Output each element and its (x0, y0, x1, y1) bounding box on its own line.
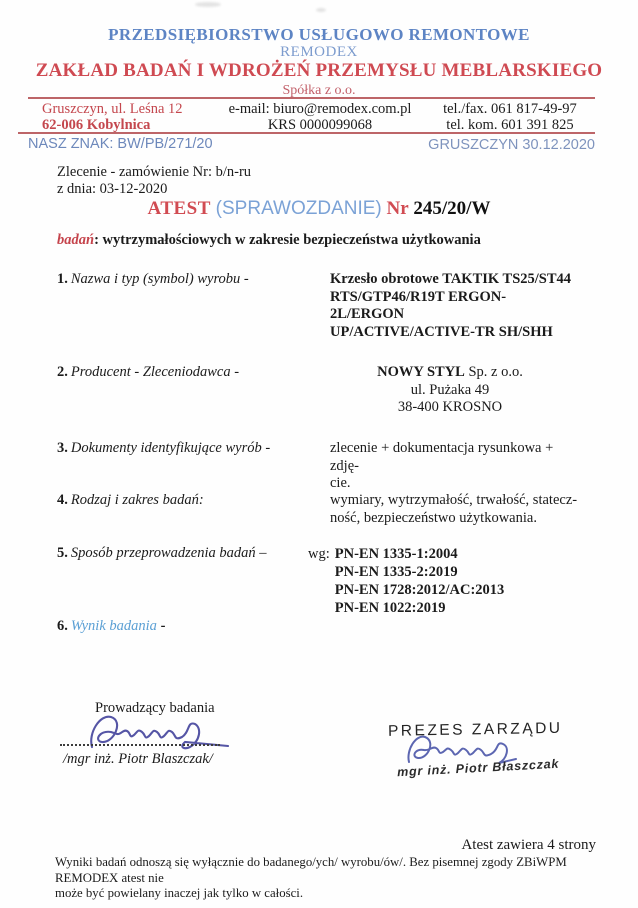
address-street: Gruszczyn, ul. Leśna 12 (42, 101, 215, 117)
producer-street: ul. Pużaka 49 (340, 382, 560, 400)
atest-document-page: PRZEDSIĘBIORSTWO USŁUGOWO REMONTOWE REMO… (0, 0, 638, 908)
standard-line: PN-EN 1335-1:2004 (335, 545, 505, 563)
company-name: PRZEDSIĘBIORSTWO USŁUGOWO REMONTOWE (0, 25, 638, 45)
telfax-number: tel./fax. 061 817-49-97 (425, 101, 595, 117)
subtitle-text: wytrzymałościowych w zakresie bezpieczeń… (103, 232, 481, 248)
section-1-number: 1. (57, 271, 68, 287)
header-rule-bottom (18, 132, 595, 134)
section-1-text: Nazwa i typ (symbol) wyrobu - (71, 271, 249, 287)
pages-count-note: Atest zawiera 4 strony (461, 837, 596, 854)
address-column: Gruszczyn, ul. Leśna 12 62-006 Kobylnica (28, 101, 215, 133)
company-brand: REMODEX (0, 44, 638, 61)
subtitle-colon: : (94, 232, 99, 248)
product-name-line: RTS/GTP46/R19T ERGON-2L/ERGON (330, 289, 580, 324)
producer-city: 38-400 KROSNO (340, 399, 560, 417)
product-name-line: Krzesło obrotowe TAKTIK TS25/ST44 (330, 271, 580, 289)
scan-smudge (316, 8, 326, 12)
email-text: e-mail: biuro@remodex.com.pl (215, 101, 425, 117)
standard-line: PN-EN 1335-2:2019 (335, 563, 505, 581)
section-2-value: NOWY STYL Sp. z o.o. ul. Pużaka 49 38-40… (340, 364, 560, 417)
email-krs-column: e-mail: biuro@remodex.com.pl KRS 0000099… (215, 101, 425, 133)
document-subtitle: badań: wytrzymałościowych w zakresie bez… (57, 232, 481, 249)
producer-legal-form: Sp. z o.o. (465, 364, 523, 380)
disclaimer-line: Wyniki badań odnoszą się wyłącznie do ba… (55, 855, 605, 886)
section-5-text: Sposób przeprowadzenia badań – (71, 545, 267, 561)
standard-line: PN-EN 1022:2019 (335, 599, 505, 617)
section-5-number: 5. (57, 545, 68, 561)
title-number: 245/20/W (413, 198, 490, 219)
section-3-value: zlecenie + dokumentacja rysunkowa + zdję… (330, 440, 585, 493)
section-5-value: wg: PN-EN 1335-1:2004 PN-EN 1335-2:2019 … (308, 545, 504, 617)
title-atest: ATEST (148, 198, 211, 219)
document-title: ATEST (SPRAWOZDANIE) Nr 245/20/W (0, 198, 638, 220)
order-number-line: Zlecenie - zamówienie Nr: b/n-ru (57, 164, 251, 181)
subtitle-badan: badań (57, 232, 94, 248)
section-2-number: 2. (57, 364, 68, 380)
signature-dotted-line (60, 744, 220, 746)
section-3-number: 3. (57, 440, 68, 456)
standards-prefix: wg: (308, 545, 330, 617)
order-date-line: z dnia: 03-12-2020 (57, 181, 251, 198)
section-6-label: 6.Wynik badania - (57, 618, 327, 635)
section-3-label: 3.Dokumenty identyfikujące wyrób - (57, 440, 327, 457)
section-4-label: 4.Rodzaj i zakres badań: (57, 492, 327, 509)
disclaimer-line: może być powielany inaczej jak tylko w c… (55, 886, 605, 902)
section-4-number: 4. (57, 492, 68, 508)
section-4-value: wymiary, wytrzymałość, trwałość, statecz… (330, 492, 585, 527)
section-6-text: Wynik badania (71, 618, 157, 634)
section-1-value: Krzesło obrotowe TAKTIK TS25/ST44 RTS/GT… (330, 271, 580, 341)
contact-block: Gruszczyn, ul. Leśna 12 62-006 Kobylnica… (28, 101, 595, 133)
address-city: 62-006 Kobylnica (42, 117, 215, 133)
title-nr-label: Nr (387, 198, 409, 219)
product-name-line: UP/ACTIVE/ACTIVE-TR SH/SHH (330, 324, 580, 342)
standards-list: PN-EN 1335-1:2004 PN-EN 1335-2:2019 PN-E… (335, 545, 505, 617)
scope-line: ność, bezpieczeństwo użytkowania. (330, 510, 585, 528)
place-and-date: GRUSZCZYN 30.12.2020 (428, 137, 595, 153)
department-name: ZAKŁAD BADAŃ I WDROŻEŃ PRZEMYSŁU MEBLARS… (0, 60, 638, 82)
telkom-number: tel. kom. 601 391 825 (425, 117, 595, 133)
standard-line: PN-EN 1728:2012/AC:2013 (335, 581, 505, 599)
phone-column: tel./fax. 061 817-49-97 tel. kom. 601 39… (425, 101, 595, 133)
examiner-name: /mgr inż. Piotr Blaszczak/ (63, 751, 213, 768)
order-reference: Zlecenie - zamówienie Nr: b/n-ru z dnia:… (57, 164, 251, 198)
header-rule-top (28, 97, 595, 99)
examiner-signature (84, 707, 236, 753)
footer-disclaimer: Wyniki badań odnoszą się wyłącznie do ba… (55, 855, 605, 902)
scan-smudge (195, 2, 221, 7)
section-6-dash: - (161, 618, 166, 634)
section-2-text: Producent - Zleceniodawca - (71, 364, 239, 380)
section-5-label: 5.Sposób przeprowadzenia badań – (57, 545, 327, 562)
reference-number: NASZ ZNAK: BW/PB/271/20 (28, 136, 213, 152)
section-2-label: 2.Producent - Zleceniodawca - (57, 364, 327, 381)
krs-number: KRS 0000099068 (215, 117, 425, 133)
section-4-text: Rodzaj i zakres badań: (71, 492, 204, 508)
section-1-label: 1.Nazwa i typ (symbol) wyrobu - (57, 271, 327, 288)
scope-line: wymiary, wytrzymałość, trwałość, statecz… (330, 492, 585, 510)
documents-line: zlecenie + dokumentacja rysunkowa + zdję… (330, 440, 585, 475)
section-3-text: Dokumenty identyfikujące wyrób - (71, 440, 270, 456)
producer-name-line: NOWY STYL Sp. z o.o. (340, 364, 560, 382)
documents-line: cie. (330, 475, 585, 493)
section-6-number: 6. (57, 618, 68, 634)
producer-name: NOWY STYL (377, 364, 465, 380)
title-sprawozdanie: (SPRAWOZDANIE) (216, 198, 382, 219)
